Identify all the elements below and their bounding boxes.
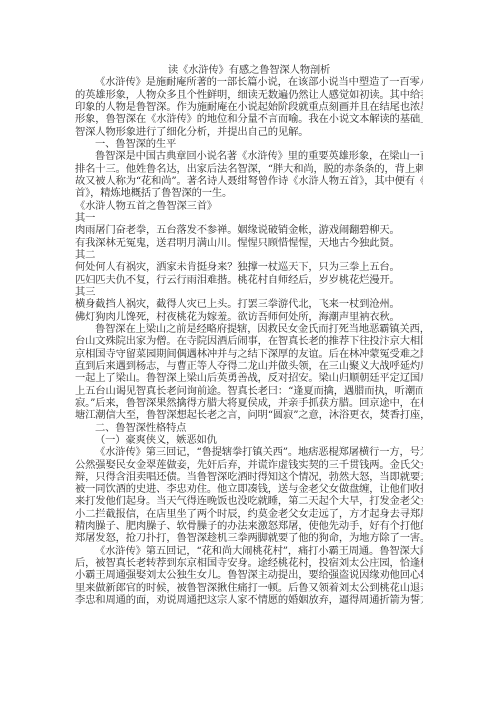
text-line: 上五台山谒见智真长老问询前途。智真长老曰：“逢夏而擒，遇腊而执，听潮而圆，见信而 bbox=[75, 385, 423, 397]
text-line: 塘江潮信大至，鲁智深想起长老之言，问明“圆寂”之意，沐浴更衣，焚香打座，圆寂而逝… bbox=[75, 409, 423, 421]
section-heading: （一）豪爽侠义，嫉恶如仇 bbox=[75, 434, 423, 446]
text-line: 公然强娶民女金翠莲做妾，先奸后弃，并谎诈虚钱实契的三千贯钱两。金氏父女无力和他争 bbox=[75, 459, 423, 471]
text-line: 辩，只得含泪卖唱还债。当鲁智深吃酒时得知这个情况，勃然大怒，当即就要去打死郑屠， bbox=[75, 471, 423, 483]
text-line: 鲁智深是中国古典章回小说名著《水浒传》里的重要英雄形象，在梁山一百零八好汉中 bbox=[75, 150, 423, 162]
text-line: 直到后来遇到杨志，与曹正等人夺得二龙山并做头领，在三山聚义大战呼延灼后，同其他人 bbox=[75, 360, 423, 372]
text-line: 郑屠发怒，抢刀扑打，鲁智深趁机三拳两脚就要了他的狗命，为地方除了一害。 bbox=[75, 532, 423, 544]
text-line: 一起上了梁山。鲁智深上梁山后英勇善战，反对招安。梁山归顺朝廷平定辽国后，鲁智深重 bbox=[75, 372, 423, 384]
text-line: 有我深林无冤鬼，送君明月满山川。惺惺只顾惜惺惺，天地古今独此贤。 bbox=[75, 237, 423, 249]
text-line: 其一 bbox=[75, 212, 423, 224]
text-line: 来打发他们起身。当天气得连晚饭也没吃就睡，第二天起个大早，打发金老父女走后，怕店 bbox=[75, 495, 423, 507]
document-title: 读《水浒传》有感之鲁智深人物剖析 bbox=[75, 64, 423, 76]
document-body: 《水浒传》是施耐庵所著的一部长篇小说，在该部小说当中塑造了一百零八位梁山好汉的英… bbox=[75, 76, 423, 606]
text-line: 鲁智深在上梁山之前是经略府提辖，因救民女金氏而打死当地恶霸镇关西，为避祸在五 bbox=[75, 323, 423, 335]
text-line: 《水浒传》第三回记，“鲁提辖拳打镇关西”。地痞恶棍郑屠横行一方，号为“镇关西”， bbox=[75, 446, 423, 458]
text-line: 《水浒传》是施耐庵所著的一部长篇小说，在该部小说当中塑造了一百零八位梁山好汉 bbox=[75, 76, 423, 88]
text-line: 被一同饮酒的史进、李忠劝住。他立即凑钱，送与金老父女做盘缠，让他们收拾行李，自己 bbox=[75, 483, 423, 495]
text-line: 横身截挡人祸灾，截得人灾已上头。打罢三拳游代北，飞来一杖到沧州。 bbox=[75, 298, 423, 310]
text-line: 李忠和周通的面，劝说周通把这宗人家不情愿的婚姻放弃，逼得周通折箭为誓方才罢休。 bbox=[75, 594, 423, 606]
text-line: 肉雨屠门奋老拳，五台落发不参禅。姻缘说破销金帐，游戏闹翻碧柳天。 bbox=[75, 224, 423, 236]
text-line: 小霸王周通强娶刘太公独生女儿。鲁智深主动提出，要给强盗说因缘劝他回心转意。周通夜 bbox=[75, 569, 423, 581]
section-heading: 二、鲁智深性格特点 bbox=[75, 422, 423, 434]
text-line: 何处何人有祸灾，洒家未肯挺身来？独撑一杖巡天下，只为三拳上五台。 bbox=[75, 261, 423, 273]
text-line: 的英雄形象，人物众多且个性鲜明，细读无数遍仍然让人感觉如初读。其中给我留下了深刻 bbox=[75, 89, 423, 101]
text-line: 形象，鲁智深在《水浒传》的地位和分量不言而喻。我在小说文本解读的基础上，尝试对鲁 bbox=[75, 113, 423, 125]
text-line: 首》，精炼地概括了鲁智深的一生。 bbox=[75, 187, 423, 199]
text-line: 精肉臊子、肥肉臊子、软骨臊子的办法来激怒郑屠，使他先动手，好有个打他的借口。果然 bbox=[75, 520, 423, 532]
text-line: 寂。”后来，鲁智深果然擒得方腊大将夏侯成，并亲手抓获方腊。回京途中，在杭州恰逢钱 bbox=[75, 397, 423, 409]
text-line: 佛灯狗肉儿馋死，村夜桃花为嫁羞。欲访吾师何处所，海潮声里衲衣秋。 bbox=[75, 311, 423, 323]
text-line: 智深人物形象进行了细化分析，并提出自己的见解。 bbox=[75, 126, 423, 138]
text-line: 《水浒人物五首之鲁智深三首》 bbox=[75, 200, 423, 212]
text-line: 《水浒传》第五回记，“花和尚大闹桃花村”，痛打小霸王周通。鲁智深大闹五台山之 bbox=[75, 545, 423, 557]
document-page: 读《水浒传》有感之鲁智深人物剖析 《水浒传》是施耐庵所著的一部长篇小说，在该部小… bbox=[75, 64, 423, 606]
text-line: 故又被人称为“花和尚”。著名诗人聂绀弩曾作诗《水浒人物五首》，其中便有《鲁智深三 bbox=[75, 175, 423, 187]
text-line: 匹妇匹夫仇不复，行云行雨泪难揩。桃花村自师经后，岁岁桃花烂漫开。 bbox=[75, 274, 423, 286]
text-line: 台山文殊院出家为僧。在寺院因酒后闹事，在智真长老的推荐下往投汴京大相国寺，并在东 bbox=[75, 335, 423, 347]
text-line: 排名十三。他姓鲁名达，出家后法名智深，“胖大和尚，脱的赤条条的，背上刺着花绣”， bbox=[75, 163, 423, 175]
text-line: 京相国寺守留菜园期间偶遇林冲并与之结下深厚的友谊。后在林冲蒙冤受难之际救下林冲， bbox=[75, 348, 423, 360]
text-line: 其三 bbox=[75, 286, 423, 298]
text-line: 其二 bbox=[75, 249, 423, 261]
section-heading: 一、鲁智深的生平 bbox=[75, 138, 423, 150]
text-line: 里来做新郎官的时候，被鲁智深揪住痛打一顿。后鲁又领着刘太公到桃花山退亲，当着大王 bbox=[75, 582, 423, 594]
text-line: 印象的人物是鲁智深。作为施耐庵在小说起始阶段就重点刻画并且在结尾也浓墨重彩的人物 bbox=[75, 101, 423, 113]
text-line: 小二拦截报信，在店里坐了两个时辰，约莫金老父女走远了，方才起身去寻郑屠，故意用要 bbox=[75, 508, 423, 520]
text-line: 后，被智真长老转荐到东京相国寺安身。途经桃花村，投宿刘太公庄园，恰逢桃花山二大王 bbox=[75, 557, 423, 569]
